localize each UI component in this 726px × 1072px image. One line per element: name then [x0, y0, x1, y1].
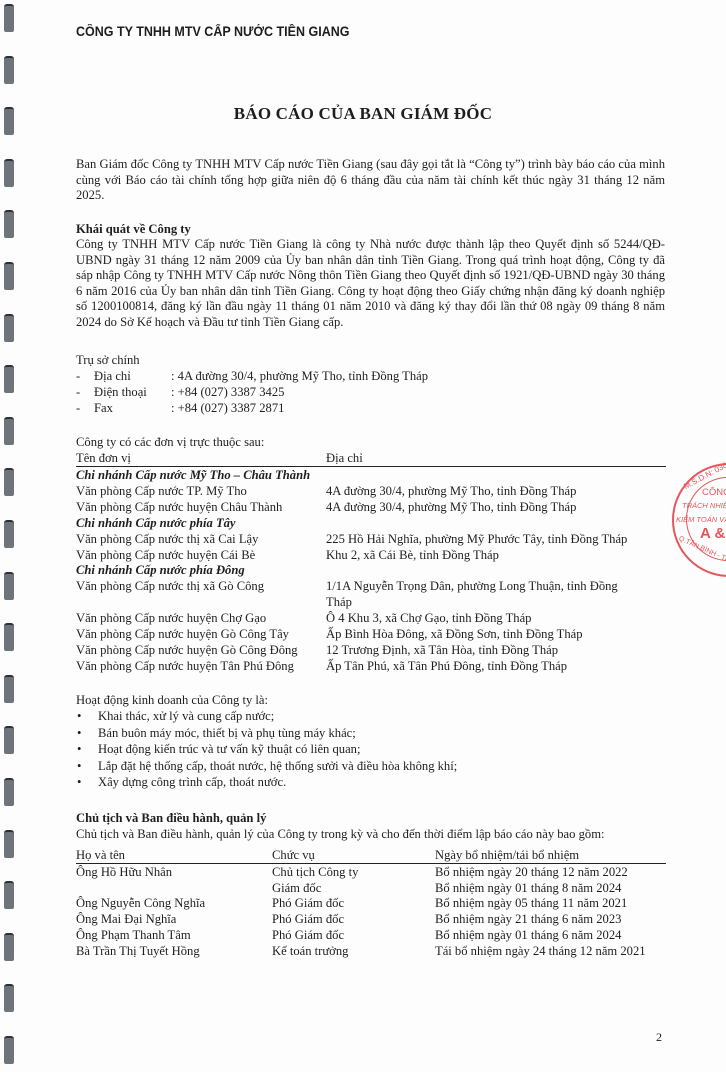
head-office-value: : +84 (027) 3387 3425: [171, 385, 284, 400]
unit-address: 1/1A Nguyễn Trọng Dân, phường Long Thuận…: [326, 579, 618, 594]
head-office-value: : +84 (027) 3387 2871: [171, 401, 284, 416]
activity-item: Xây dựng công trình cấp, thoát nước.: [98, 775, 286, 790]
binder-hole-icon: [4, 933, 14, 961]
unit-address: Ấp Tân Phú, xã Tân Phú Đông, tỉnh Đồng T…: [326, 659, 567, 674]
manager-appointment-date: Bổ nhiệm ngày 05 tháng 11 năm 2021: [435, 896, 627, 911]
manager-appointment-date: Bổ nhiệm ngày 01 tháng 6 năm 2024: [435, 928, 621, 943]
binder-hole-icon: [4, 1036, 14, 1064]
manager-position: Kế toán trưởng: [272, 944, 348, 959]
manager-name: Bà Trần Thị Tuyết Hồng: [76, 944, 200, 959]
binder-hole-icon: [4, 4, 14, 32]
head-office-heading: Trụ sở chính: [76, 353, 140, 368]
manager-name: Ông Phạm Thanh Tâm: [76, 928, 191, 943]
head-office-label: Điện thoại: [94, 385, 147, 400]
manager-appointment-date: Tái bổ nhiệm ngày 24 tháng 12 năm 2021: [435, 944, 646, 959]
overview-heading: Khái quát về Công ty: [76, 222, 665, 238]
unit-address: 225 Hồ Hải Nghĩa, phường Mỹ Phước Tây, t…: [326, 532, 627, 547]
binder-hole-icon: [4, 830, 14, 858]
activity-item: Hoạt động kiến trúc và tư vấn kỹ thuật c…: [98, 742, 360, 757]
company-header: CÔNG TY TNHH MTV CẤP NƯỚC TIỀN GIANG: [76, 24, 349, 39]
manager-position: Giám đốc: [272, 881, 321, 896]
branch-heading: Chi nhánh Cấp nước phía Đông: [76, 563, 245, 578]
unit-name: Văn phòng Cấp nước huyện Chợ Gạo: [76, 611, 266, 626]
stamp-line3: KIỂM TOÁN VÀ T: [676, 515, 726, 524]
units-col-name: Tên đơn vị: [76, 451, 131, 466]
unit-address: 12 Trương Định, xã Tân Hòa, tỉnh Đồng Th…: [326, 643, 558, 658]
unit-name: Văn phòng Cấp nước huyện Cái Bè: [76, 548, 255, 563]
intro-paragraph: Ban Giám đốc Công ty TNHH MTV Cấp nước T…: [76, 157, 665, 204]
unit-address: Ô 4 Khu 3, xã Chợ Gạo, tỉnh Đồng Tháp: [326, 611, 531, 626]
binder-hole-icon: [4, 468, 14, 496]
mgmt-col-position: Chức vụ: [272, 848, 315, 863]
manager-position: Chủ tịch Công ty: [272, 865, 358, 880]
activities-intro: Hoạt động kinh doanh của Công ty là:: [76, 693, 268, 708]
binder-hole-icon: [4, 520, 14, 548]
dash-marker: -: [76, 401, 80, 416]
units-col-address: Địa chỉ: [326, 451, 363, 466]
binder-hole-icon: [4, 572, 14, 600]
manager-appointment-date: Bổ nhiệm ngày 20 tháng 12 năm 2022: [435, 865, 628, 880]
page-number: 2: [656, 1030, 662, 1045]
unit-name: Văn phòng Cấp nước TP. Mỹ Tho: [76, 484, 247, 499]
unit-address-cont: Tháp: [326, 595, 352, 610]
mgmt-header-rule: [76, 863, 666, 864]
dash-marker: -: [76, 369, 80, 384]
stamp-line2: TRÁCH NHIỆM HỮ: [682, 501, 726, 510]
binder-hole-icon: [4, 984, 14, 1012]
bullet-icon: •: [77, 709, 81, 724]
binder-hole-icon: [4, 365, 14, 393]
manager-position: Phó Giám đốc: [272, 912, 344, 927]
head-office-value: : 4A đường 30/4, phường Mỹ Tho, tỉnh Đồn…: [171, 369, 428, 384]
head-office-label: Địa chỉ: [94, 369, 131, 384]
activity-item: Bán buôn máy móc, thiết bị và phụ tùng m…: [98, 726, 356, 741]
unit-address: Ấp Bình Hòa Đông, xã Đồng Sơn, tỉnh Đồng…: [326, 627, 583, 642]
manager-position: Phó Giám đốc: [272, 928, 344, 943]
manager-name: Ông Mai Đại Nghĩa: [76, 912, 176, 927]
dash-marker: -: [76, 385, 80, 400]
bullet-icon: •: [77, 742, 81, 757]
stamp-line4: A & C: [700, 525, 726, 542]
branch-heading: Chi nhánh Cấp nước phía Tây: [76, 516, 236, 531]
activity-item: Khai thác, xử lý và cung cấp nước;: [98, 709, 274, 724]
manager-appointment-date: Bổ nhiệm ngày 01 tháng 8 năm 2024: [435, 881, 621, 896]
overview-paragraph: Công ty TNHH MTV Cấp nước Tiền Giang là …: [76, 237, 665, 330]
unit-address: Khu 2, xã Cái Bè, tỉnh Đồng Tháp: [326, 548, 499, 563]
manager-name: Ông Hồ Hữu Nhân: [76, 865, 172, 880]
binder-hole-icon: [4, 623, 14, 651]
bullet-icon: •: [77, 759, 81, 774]
bullet-icon: •: [77, 726, 81, 741]
unit-address: 4A đường 30/4, phường Mỹ Tho, tỉnh Đồng …: [326, 500, 576, 515]
unit-name: Văn phòng Cấp nước huyện Gò Công Tây: [76, 627, 289, 642]
unit-name: Văn phòng Cấp nước thị xã Gò Công: [76, 579, 264, 594]
binder-hole-icon: [4, 262, 14, 290]
head-office-label: Fax: [94, 401, 113, 416]
unit-name: Văn phòng Cấp nước huyện Châu Thành: [76, 500, 282, 515]
binder-hole-icon: [4, 881, 14, 909]
binder-hole-icon: [4, 314, 14, 342]
units-header-rule: [76, 466, 666, 467]
branch-heading: Chi nhánh Cấp nước Mỹ Tho – Châu Thành: [76, 468, 310, 483]
binder-hole-icon: [4, 417, 14, 445]
manager-position: Phó Giám đốc: [272, 896, 344, 911]
mgmt-col-date: Ngày bổ nhiệm/tái bổ nhiệm: [435, 848, 579, 863]
binder-hole-icon: [4, 56, 14, 84]
units-intro: Công ty có các đơn vị trực thuộc sau:: [76, 435, 264, 450]
binder-hole-icon: [4, 675, 14, 703]
management-intro: Chủ tịch và Ban điều hành, quản lý của C…: [76, 827, 604, 842]
unit-address: 4A đường 30/4, phường Mỹ Tho, tỉnh Đồng …: [326, 484, 576, 499]
stamp-line1: CÔNG T: [702, 487, 726, 498]
audit-company-stamp: M.S.D.N: 030044981 CÔNG T TRÁCH NHIỆM HỮ…: [672, 463, 726, 577]
bullet-icon: •: [77, 775, 81, 790]
mgmt-col-name: Họ và tên: [76, 848, 125, 863]
unit-name: Văn phòng Cấp nước huyện Gò Công Đông: [76, 643, 298, 658]
binder-hole-icon: [4, 726, 14, 754]
management-heading: Chủ tịch và Ban điều hành, quản lý: [76, 811, 266, 826]
manager-appointment-date: Bổ nhiệm ngày 21 tháng 6 năm 2023: [435, 912, 621, 927]
binder-hole-icon: [4, 159, 14, 187]
unit-name: Văn phòng Cấp nước thị xã Cai Lậy: [76, 532, 258, 547]
manager-name: Ông Nguyễn Công Nghĩa: [76, 896, 205, 911]
report-title: BÁO CÁO CỦA BAN GIÁM ĐỐC: [0, 104, 726, 124]
binder-hole-icon: [4, 778, 14, 806]
activity-item: Lắp đặt hệ thống cấp, thoát nước, hệ thố…: [98, 759, 457, 774]
unit-name: Văn phòng Cấp nước huyện Tân Phú Đông: [76, 659, 294, 674]
binder-hole-icon: [4, 210, 14, 238]
